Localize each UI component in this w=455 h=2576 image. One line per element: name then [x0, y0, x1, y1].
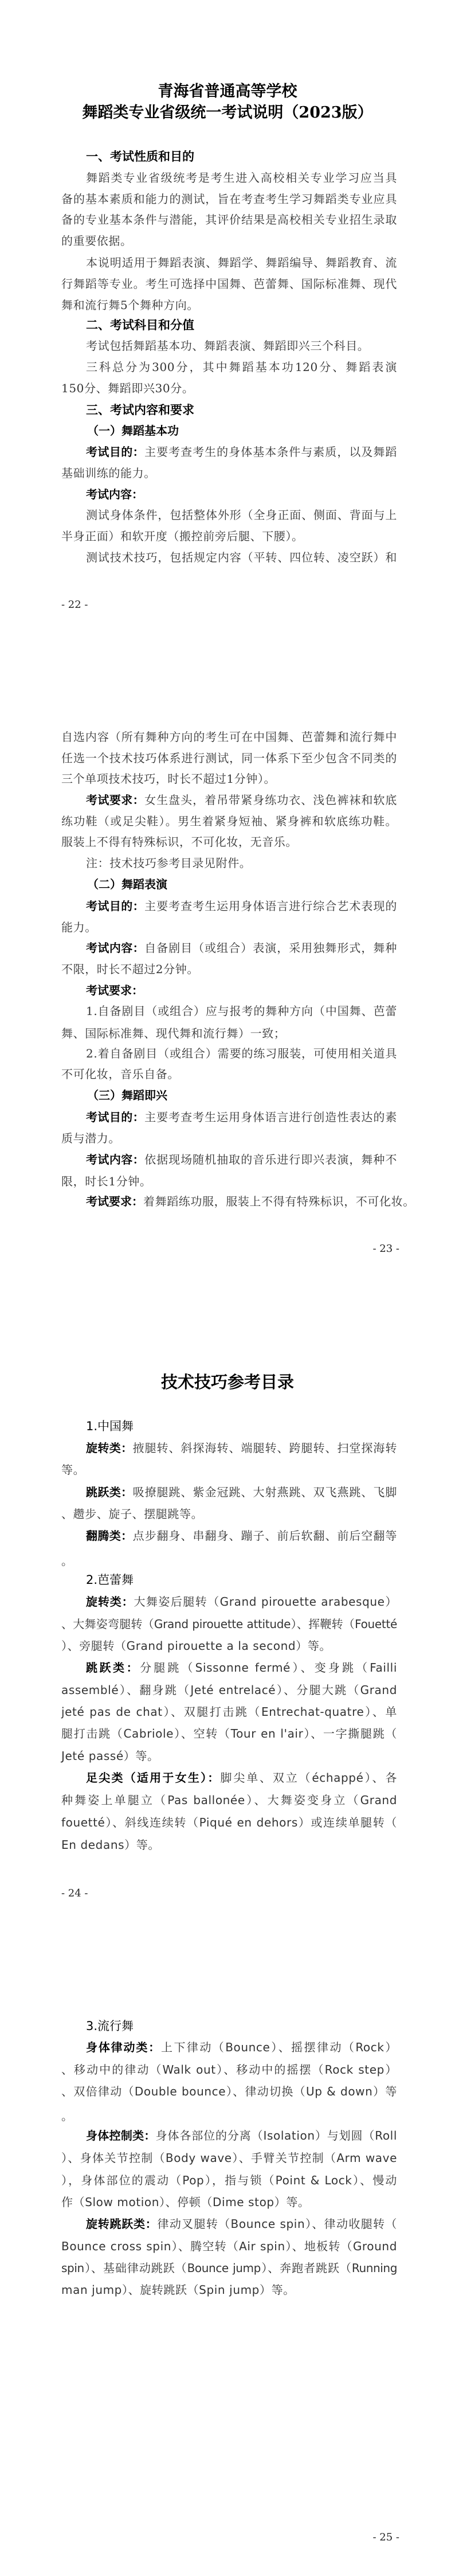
- paragraph-line: 考试目的：主要考查考生运用身体语言进行综合艺术表现的: [86, 897, 397, 915]
- paragraph-line: 考试要求：着舞蹈练功服，服装上不得有特殊标识，不可化妆。: [86, 1193, 397, 1210]
- label-spin: 旋转类：: [86, 1441, 133, 1455]
- paragraph-line: 三科总分为300分，其中舞蹈基本功120分、舞蹈表演: [86, 358, 397, 376]
- label-exam-purpose: 考试目的：: [86, 1110, 144, 1124]
- paragraph-line: 。: [61, 2107, 397, 2125]
- paragraph-line: 、趱步、旋子、摆腿跳等。: [61, 1505, 397, 1523]
- paragraph-line: 旋转类：掖腿转、斜探海转、端腿转、跨腿转、扫堂探海转: [86, 1439, 397, 1457]
- paragraph-line: 行舞蹈等专业。考生可选择中国舞、芭蕾舞、国际标准舞、现代: [61, 275, 397, 292]
- section-heading-3: 三、考试内容和要求: [86, 401, 194, 419]
- paragraph-line: 考试目的：主要考查考生的身体基本条件与素质，以及舞蹈: [86, 443, 397, 460]
- paragraph-line: 半身正面）和软开度（搬控前旁后腿、下腰）。: [61, 528, 397, 545]
- paragraph-line: 考试内容：: [86, 486, 397, 503]
- paragraph-line: 舞、国际标准舞、现代舞和流行舞）一致；: [61, 1025, 397, 1042]
- text: 点步翻身、串翻身、蹦子、前后软翻、前后空翻等: [133, 1529, 397, 1543]
- text: 分腿跳（Sissonne fermé）、变身跳（Failli: [140, 1661, 397, 1675]
- paragraph-line: spin）、基础律动跳跃（Bounce jump）、奔跑者跳跃（Running: [61, 2259, 397, 2277]
- paragraph-line: assemblé）、翻身跳（Jeté entrelacé）、分腿大跳（Grand: [61, 1681, 397, 1699]
- category-heading-ballet: 2.芭蕾舞: [86, 1571, 134, 1588]
- paragraph-line: 、移动中的律动（Walk out）、移动中的摇摆（Rock step）: [61, 2061, 397, 2078]
- label-spin: 旋转类：: [86, 1595, 134, 1609]
- paragraph-line: 三个单项技术技巧，时长不超过1分钟）。: [61, 770, 397, 787]
- document-title-line2: 舞蹈类专业省级统一考试说明（2023版）: [0, 103, 455, 123]
- section-heading-1: 一、考试性质和目的: [86, 148, 194, 165]
- paragraph-line: 本说明适用于舞蹈表演、舞蹈学、舞蹈编导、舞蹈教育、流: [86, 254, 397, 271]
- text: 主要考查考生运用身体语言进行综合艺术表现的: [144, 899, 397, 913]
- paragraph-line: 150分、舞蹈即兴30分。: [61, 380, 397, 397]
- note-line: 注：技术技巧参考目录见附件。: [86, 854, 397, 872]
- text: 脚尖单、双立（échappé）、各: [221, 1771, 397, 1785]
- paragraph-line: 1.自备剧目（或组合）应与报考的舞种方向（中国舞、芭蕾: [86, 1002, 397, 1020]
- paragraph-line: 足尖类（适用于女生）：脚尖单、双立（échappé）、各: [86, 1769, 397, 1786]
- paragraph-line: 舞蹈类专业省级统考是考生进入高校相关专业学习应当具: [86, 169, 397, 186]
- category-heading-popular-dance: 3.流行舞: [86, 2017, 134, 2035]
- section-heading-2: 二、考试科目和分值: [86, 317, 194, 334]
- paragraph-line: 考试内容：自备剧目（或组合）表演，采用独舞形式，舞种: [86, 939, 397, 957]
- paragraph-line: 能力。: [61, 919, 397, 936]
- text: 吸撩腿跳、紫金冠跳、大射燕跳、双飞燕跳、飞脚: [133, 1485, 397, 1499]
- page-25: 3.流行舞 身体律动类：上下律动（Bounce）、摇摆律动（Rock） 、移动中…: [0, 1932, 455, 2576]
- text: 自备剧目（或组合）表演，采用独舞形式，舞种: [144, 941, 397, 955]
- label-rhythm: 身体律动类：: [86, 2040, 161, 2054]
- label-tumble: 翻腾类：: [86, 1529, 133, 1543]
- label-exam-purpose: 考试目的：: [86, 445, 144, 459]
- label-exam-content: 考试内容：: [86, 1153, 144, 1166]
- paragraph-line: ）、身体关节控制（Body wave）、手臂关节控制（Arm wave: [61, 2149, 397, 2167]
- paragraph-line: 考试包括舞蹈基本功、舞蹈表演、舞蹈即兴三个科目。: [86, 337, 397, 354]
- label-exam-content: 考试内容：: [86, 487, 143, 501]
- subsection-heading-performance: （二）舞蹈表演: [87, 876, 167, 893]
- page-number: - 23 -: [367, 1242, 399, 1256]
- text: 身体各部位的分离（Isolation）与划圆（Roll: [156, 2129, 397, 2142]
- paragraph-line: 不限，时长不超过2分钟。: [61, 961, 397, 978]
- text: 律动叉腿转（Bounce spin）、律动收腿转（: [157, 2217, 397, 2231]
- page-22: 青海省普通高等学校 舞蹈类专业省级统一考试说明（2023版） 一、考试性质和目的…: [0, 0, 455, 644]
- text: 主要考查考生的身体基本条件与素质，以及舞蹈: [144, 445, 397, 459]
- label-exam-purpose: 考试目的：: [86, 899, 144, 913]
- paragraph-line: 等。: [61, 1461, 397, 1478]
- appendix-title: 技术技巧参考目录: [0, 1372, 455, 1392]
- paragraph-line: jeté pas de chat）、双腿打击跳（Entrechat-quatre…: [61, 1703, 397, 1720]
- label-exam-requirements: 考试要求：: [86, 793, 144, 807]
- paragraph-line: 限，时长1分钟。: [61, 1173, 397, 1190]
- paragraph-line: 、双倍律动（Double bounce）、律动切换（Up & down）等: [61, 2083, 397, 2100]
- paragraph-line: ）、旁腿转（Grand pirouette a la second）等。: [61, 1637, 397, 1654]
- paragraph-line: 测试身体条件，包括整体外形（全身正面、侧面、背面与上: [86, 506, 397, 524]
- text: 着舞蹈练功服，服装上不得有特殊标识，不可化妆。: [143, 1195, 415, 1208]
- text: 上下律动（Bounce）、摇摆律动（Rock）: [161, 2040, 397, 2054]
- label-spin-jump: 旋转跳跃类：: [86, 2217, 157, 2231]
- paragraph-line: man jump）、旋转跳跃（Spin jump）等。: [61, 2281, 397, 2298]
- paragraph-line: 质与潜力。: [61, 1130, 397, 1147]
- paragraph-line: 旋转类：大舞姿后腿转（Grand pirouette arabesque）: [86, 1593, 397, 1610]
- paragraph-line: 考试内容：依据现场随机抽取的音乐进行即兴表演，舞种不: [86, 1151, 397, 1168]
- paragraph-line: 作（Slow motion）、停顿（Dime stop）等。: [61, 2193, 397, 2211]
- paragraph-line: 考试要求：: [86, 982, 397, 999]
- paragraph-line: 备的专业基本条件与潜能，其评价结果是高校相关专业招生录取: [61, 211, 397, 228]
- paragraph-line: 跳跃类：吸撩腿跳、紫金冠跳、大射燕跳、双飞燕跳、飞脚: [86, 1484, 397, 1501]
- paragraph-line: 自选内容（所有舞种方向的考生可在中国舞、芭蕾舞和流行舞中: [61, 728, 397, 746]
- paragraph-line: 服装上不得有特殊标识，不可化妆，无音乐。: [61, 833, 397, 850]
- paragraph-line: 任选一个技术技巧体系进行测试，同一体系下至少包含不同类的: [61, 750, 397, 767]
- paragraph-line: fouetté）、斜线连续转（Piqué en dehors）或连续单腿转（: [61, 1814, 397, 1831]
- paragraph-line: 基础训练的能力。: [61, 465, 397, 482]
- paragraph-line: 练功鞋（或足尖鞋）。男生着紧身短袖、紧身裤和软底练功鞋。: [61, 813, 397, 830]
- text: 大舞姿后腿转（Grand pirouette arabesque）: [134, 1595, 397, 1609]
- label-exam-requirements: 考试要求：: [86, 983, 143, 997]
- paragraph-line: 身体律动类：上下律动（Bounce）、摇摆律动（Rock）: [86, 2039, 397, 2056]
- text: 依据现场随机抽取的音乐进行即兴表演，舞种不: [144, 1153, 397, 1166]
- page-number: - 25 -: [367, 2531, 399, 2544]
- text: 主要考查考生运用身体语言进行创造性表达的素: [144, 1110, 397, 1124]
- page-number: - 22 -: [61, 598, 88, 612]
- paragraph-line: 考试目的：主要考查考生运用身体语言进行创造性表达的素: [86, 1109, 397, 1126]
- label-control: 身体控制类：: [86, 2129, 156, 2142]
- paragraph-line: ），身体部位的震动（Pop），指与锁（Point & Lock）、慢动: [61, 2172, 397, 2189]
- paragraph-line: Bounce cross spin）、腾空转（Air spin）、地板转（Gro…: [61, 2238, 397, 2255]
- paragraph-line: 翻腾类：点步翻身、串翻身、蹦子、前后软翻、前后空翻等: [86, 1527, 397, 1544]
- paragraph-line: 备的基本素质和能力的测试，旨在考查考生学习舞蹈类专业应具: [61, 190, 397, 208]
- paragraph-line: 腿打击跳（Cabriole）、空转（Tour en l'air）、一字撕腿跳（: [61, 1725, 397, 1742]
- subsection-heading-improvisation: （三）舞蹈即兴: [87, 1087, 167, 1104]
- paragraph-line: 旋转跳跃类：律动叉腿转（Bounce spin）、律动收腿转（: [86, 2215, 397, 2232]
- paragraph-line: 2.着自备剧目（或组合）需要的练习服装，可使用相关道具: [86, 1045, 397, 1062]
- subsection-heading-basic-skills: （一）舞蹈基本功: [87, 422, 179, 439]
- paragraph-line: 不可化妆，音乐自备。: [61, 1065, 397, 1083]
- paragraph-line: Jeté passé）等。: [61, 1747, 397, 1765]
- text: 掖腿转、斜探海转、端腿转、跨腿转、扫堂探海转: [133, 1441, 397, 1455]
- paragraph-line: 测试技术技巧，包括规定内容（平转、四位转、凌空跃）和: [86, 549, 397, 566]
- paragraph-line: 考试要求：女生盘头，着吊带紧身练功衣、浅色裤袜和软底: [86, 791, 397, 809]
- paragraph-line: 身体控制类：身体各部位的分离（Isolation）与划圆（Roll: [86, 2127, 397, 2144]
- paragraph-line: 种舞姿上单腿立（Pas ballonée）、大舞姿变身立（Grand: [61, 1792, 397, 1809]
- text: 女生盘头，着吊带紧身练功衣、浅色裤袜和软底: [144, 793, 397, 807]
- paragraph-line: 跳跃类：分腿跳（Sissonne fermé）、变身跳（Failli: [86, 1659, 397, 1676]
- label-jump: 跳跃类：: [86, 1485, 133, 1499]
- document-title-line1: 青海省普通高等学校: [0, 81, 455, 102]
- paragraph-line: 舞和流行舞5个舞种方向。: [61, 296, 397, 314]
- label-jump: 跳跃类：: [86, 1661, 140, 1675]
- paragraph-line: 、大舞姿弯腿转（Grand pirouette attitude）、挥鞭转（Fo…: [61, 1615, 397, 1633]
- category-heading-chinese-dance: 1.中国舞: [86, 1418, 134, 1435]
- page-23: 自选内容（所有舞种方向的考生可在中国舞、芭蕾舞和流行舞中 任选一个技术技巧体系进…: [0, 644, 455, 1288]
- paragraph-line: En dedans）等。: [61, 1836, 397, 1853]
- page-number: - 24 -: [61, 1887, 88, 1900]
- label-exam-content: 考试内容：: [86, 941, 144, 955]
- paragraph-line: 。: [61, 1552, 397, 1570]
- page-24: 技术技巧参考目录 1.中国舞 旋转类：掖腿转、斜探海转、端腿转、跨腿转、扫堂探海…: [0, 1288, 455, 1932]
- label-exam-requirements: 考试要求：: [86, 1195, 143, 1208]
- paragraph-line: 的重要依据。: [61, 232, 397, 249]
- label-pointe: 足尖类（适用于女生）：: [86, 1771, 221, 1785]
